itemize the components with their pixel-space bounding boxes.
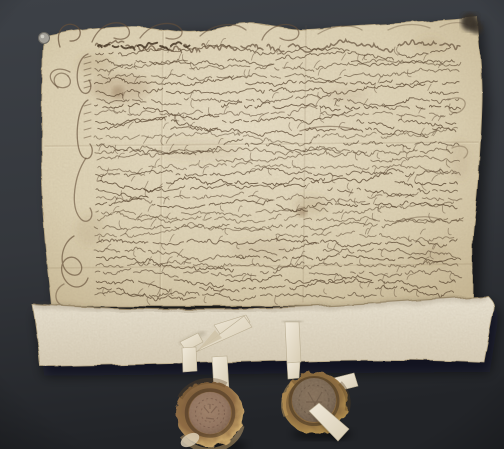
charter-photo	[0, 0, 504, 449]
photo-stage	[0, 0, 504, 449]
photo-vignette	[0, 0, 504, 449]
